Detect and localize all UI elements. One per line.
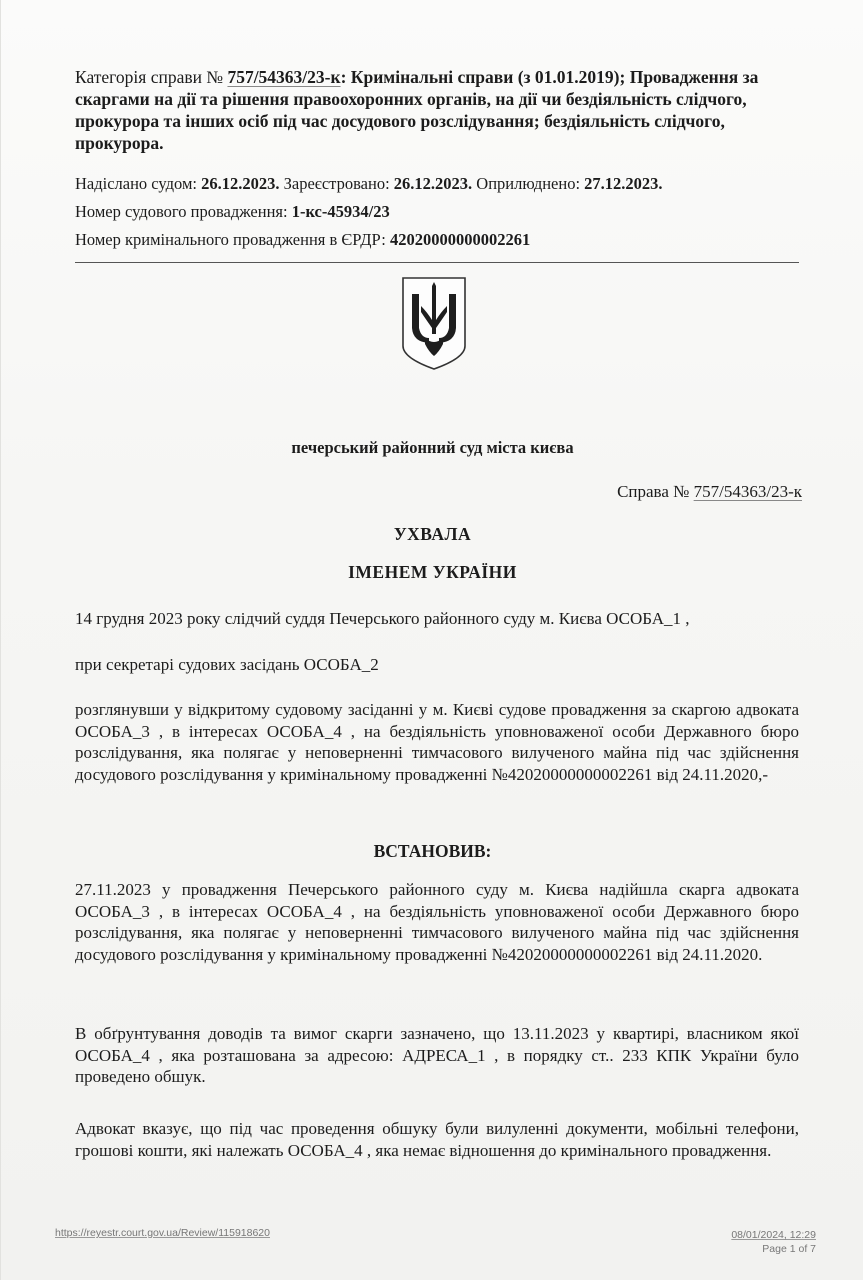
court-case-number: 1-кс-45934/23: [292, 202, 390, 221]
paragraph-lawyer-claims: Адвокат вказує, що під час проведення об…: [75, 1118, 799, 1161]
print-datetime: 08/01/2024, 12:29: [731, 1229, 816, 1241]
case-ref-prefix: Справа №: [617, 482, 694, 501]
published-label: Оприлюднено:: [472, 174, 584, 193]
criminal-case-number: 42020000000002261: [390, 230, 530, 249]
source-url-link[interactable]: https://reyestr.court.gov.ua/Review/1159…: [55, 1227, 270, 1239]
category-prefix: Категорія справи №: [75, 67, 227, 87]
paragraph-secretary: при секретарі судових засідань ОСОБА_2: [75, 654, 799, 676]
court-case-line: Номер судового провадження: 1-кс-45934/2…: [75, 202, 390, 222]
registered-date: 26.12.2023.: [394, 174, 472, 193]
court-name: печерський районний суд міста києва: [1, 438, 863, 458]
paragraph-judge: 14 грудня 2023 року слідчий суддя Печерс…: [75, 608, 799, 630]
sent-date: 26.12.2023.: [201, 174, 279, 193]
published-date: 27.12.2023.: [584, 174, 662, 193]
dates-line: Надіслано судом: 26.12.2023. Зареєстрова…: [75, 174, 663, 194]
trident-coat-of-arms-icon: [399, 272, 469, 372]
court-case-label: Номер судового провадження:: [75, 202, 292, 221]
document-page: Категорія справи № 757/54363/23-к: Кримі…: [0, 0, 863, 1280]
criminal-case-label: Номер кримінального провадження в ЄРДР:: [75, 230, 390, 249]
document-subtitle: ІМЕНЕМ УКРАЇНИ: [1, 562, 863, 583]
case-reference: Справа № 757/54363/23-к: [617, 482, 802, 502]
page-counter: Page 1 of 7: [762, 1243, 816, 1255]
sent-label: Надіслано судом:: [75, 174, 201, 193]
header-divider: [75, 262, 799, 263]
case-ref-number: 757/54363/23-к: [694, 482, 802, 501]
registered-label: Зареєстровано:: [279, 174, 393, 193]
case-category: Категорія справи № 757/54363/23-к: Кримі…: [75, 66, 805, 154]
section-heading-established: ВСТАНОВИВ:: [1, 841, 863, 862]
paragraph-grounds: В обґрунтування доводів та вимог скарги …: [75, 1023, 799, 1088]
paragraph-complaint-received: 27.11.2023 у провадження Печерського рай…: [75, 879, 799, 965]
document-title: УХВАЛА: [1, 524, 863, 545]
criminal-case-line: Номер кримінального провадження в ЄРДР: …: [75, 230, 530, 250]
paragraph-considered: розглянувши у відкритому судовому засіда…: [75, 699, 799, 785]
category-case-number: 757/54363/23-к: [227, 67, 340, 87]
